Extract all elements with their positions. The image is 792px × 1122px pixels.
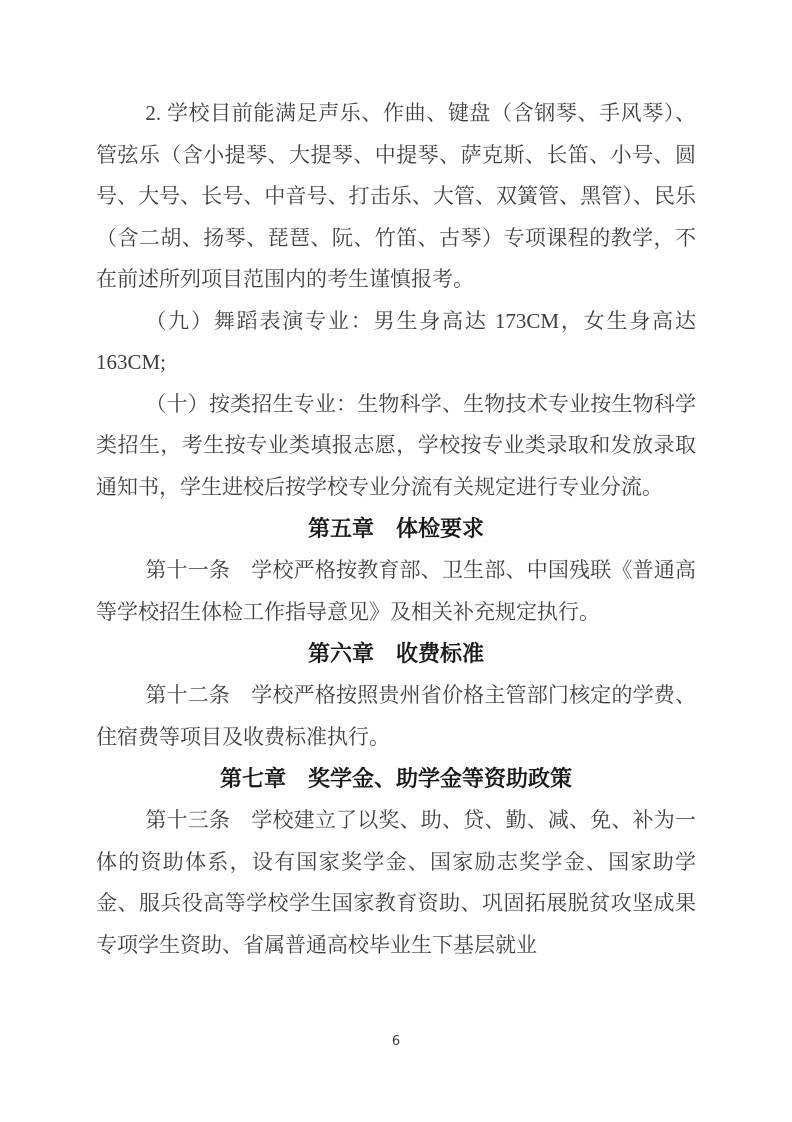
paragraph-article-13: 第十三条 学校建立了以奖、助、贷、勤、减、免、补为一体的资助体系，设有国家奖学金… xyxy=(96,800,696,966)
paragraph-article-12: 第十二条 学校严格按照贵州省价格主管部门核定的学费、住宿费等项目及收费标准执行。 xyxy=(96,675,696,758)
heading-chapter6-fees: 第六章 收费标准 xyxy=(96,633,696,675)
paragraph-music-programs: 2. 学校目前能满足声乐、作曲、键盘（含钢琴、手风琴）、管弦乐（含小提琴、大提琴… xyxy=(96,93,696,301)
document-page: 2. 学校目前能满足声乐、作曲、键盘（含钢琴、手风琴）、管弦乐（含小提琴、大提琴… xyxy=(0,0,792,1122)
heading-chapter5-physical-exam: 第五章 体检要求 xyxy=(96,508,696,550)
page-number: 6 xyxy=(0,1034,792,1049)
paragraph-dance-height-requirement: （九）舞蹈表演专业：男生身高达 173CM，女生身高达163CM; xyxy=(96,301,696,384)
document-body: 2. 学校目前能满足声乐、作曲、键盘（含钢琴、手风琴）、管弦乐（含小提琴、大提琴… xyxy=(96,93,696,966)
paragraph-article-11: 第十一条 学校严格按教育部、卫生部、中国残联《普通高等学校招生体检工作指导意见》… xyxy=(96,550,696,633)
paragraph-category-admission: （十）按类招生专业：生物科学、生物技术专业按生物科学类招生，考生按专业类填报志愿… xyxy=(96,384,696,509)
heading-chapter7-scholarship-policy: 第七章 奖学金、助学金等资助政策 xyxy=(96,758,696,800)
